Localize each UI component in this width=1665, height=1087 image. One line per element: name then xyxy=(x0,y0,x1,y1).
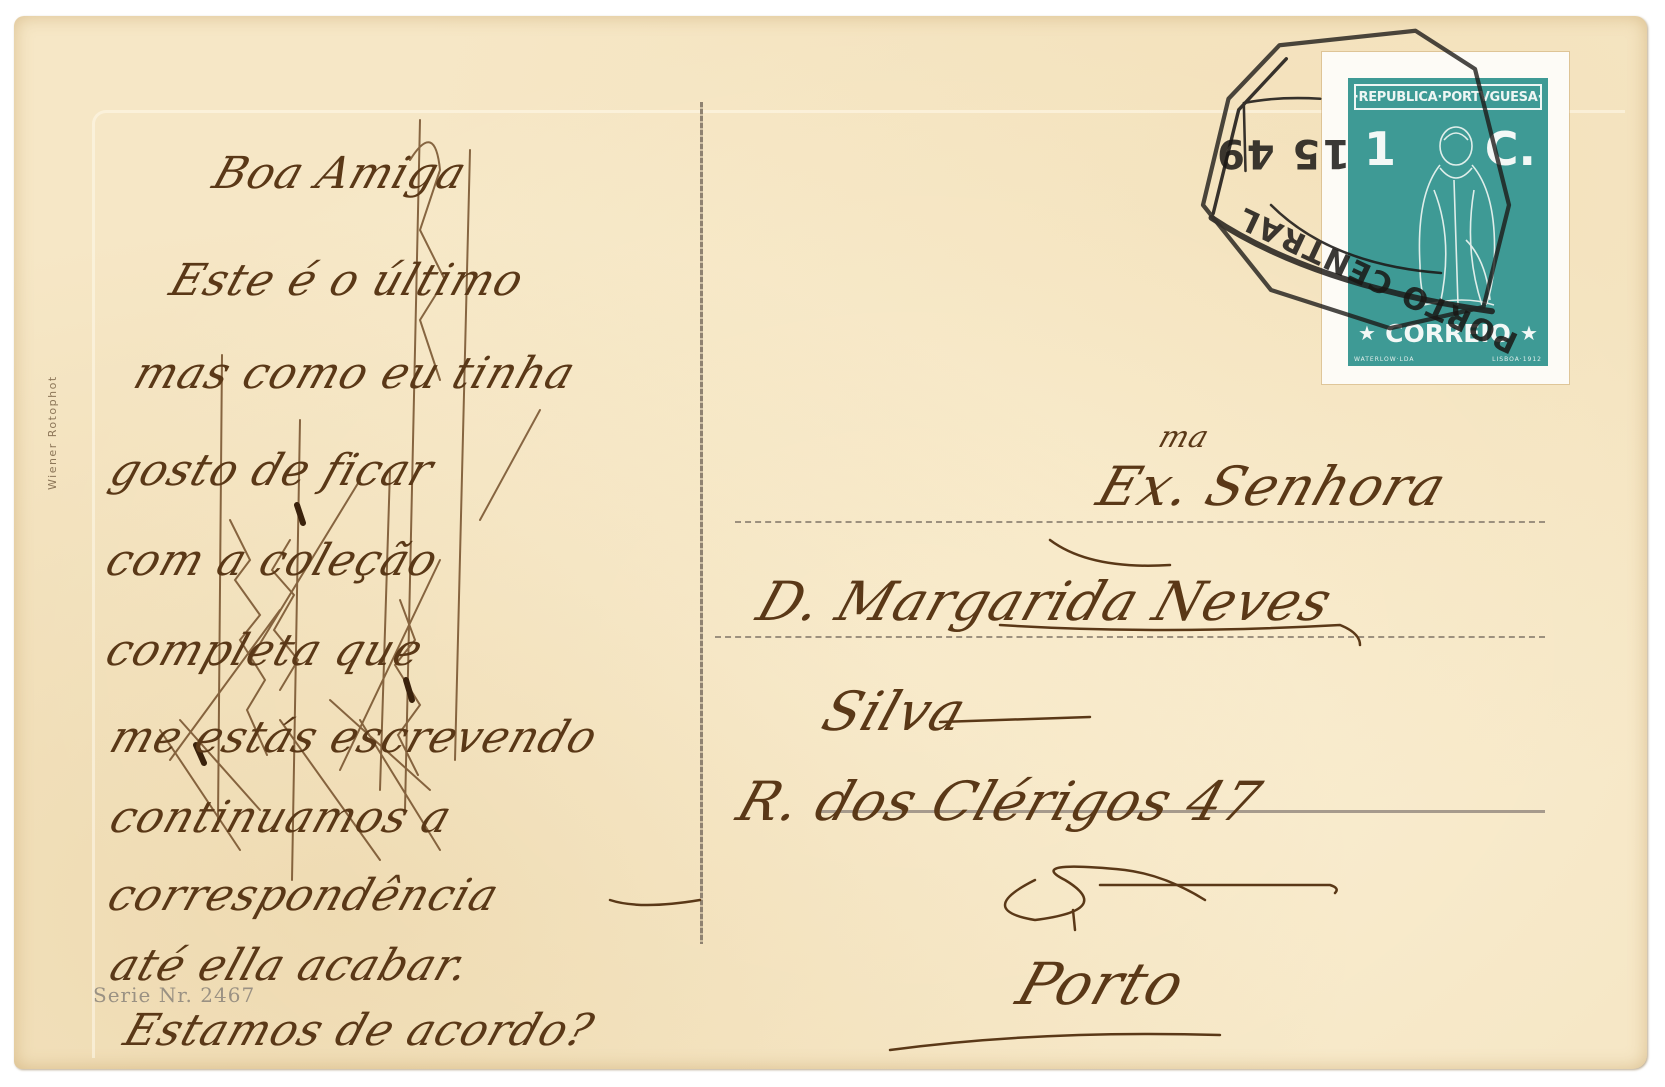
stamp-printer-right: LISBOA·1912 xyxy=(1492,356,1542,363)
address-city: Porto xyxy=(1009,950,1194,1018)
center-divider-line xyxy=(700,102,703,944)
message-line: Este é o último xyxy=(164,255,531,306)
stamp-value-number: 1 xyxy=(1364,122,1396,176)
address-street: R. dos Clérigos 47 xyxy=(730,770,1270,833)
message-line: gosto de ficar xyxy=(104,445,440,496)
address-salutation: Ex. Senhora xyxy=(1090,455,1455,518)
address-line-1 xyxy=(735,521,1545,523)
star-icon: ★ xyxy=(1520,321,1538,345)
star-icon: ★ xyxy=(1358,321,1376,345)
address-line-2 xyxy=(715,636,1545,638)
postage-stamp: ·REPUBLICA·PORTVGUESA· 1 C. ★ CORREIO ★ … xyxy=(1322,52,1569,384)
stamp-printer-left: WATERLOW·LDA xyxy=(1354,356,1415,363)
message-line: mas como eu tinha xyxy=(128,348,582,399)
message-line: Boa Amiga xyxy=(207,148,474,199)
stamp-country: ·REPUBLICA·PORTVGUESA· xyxy=(1354,84,1542,110)
publisher-imprint: Wiener Rotophot xyxy=(46,375,59,490)
message-line: me estás escrevendo xyxy=(104,712,605,763)
postmark-date: 15 49 xyxy=(1215,130,1350,176)
message-line: completa que xyxy=(100,625,430,676)
message-line: até ella acabar. xyxy=(104,940,477,991)
address-recipient-surname: Silva xyxy=(815,680,975,743)
message-line: correspondência xyxy=(102,870,506,921)
message-line: Estamos de acordo? xyxy=(118,1005,601,1056)
message-line: com a coleção xyxy=(100,535,445,586)
address-recipient: D. Margarida Neves xyxy=(750,570,1341,633)
message-line: continuamos a xyxy=(104,792,459,843)
